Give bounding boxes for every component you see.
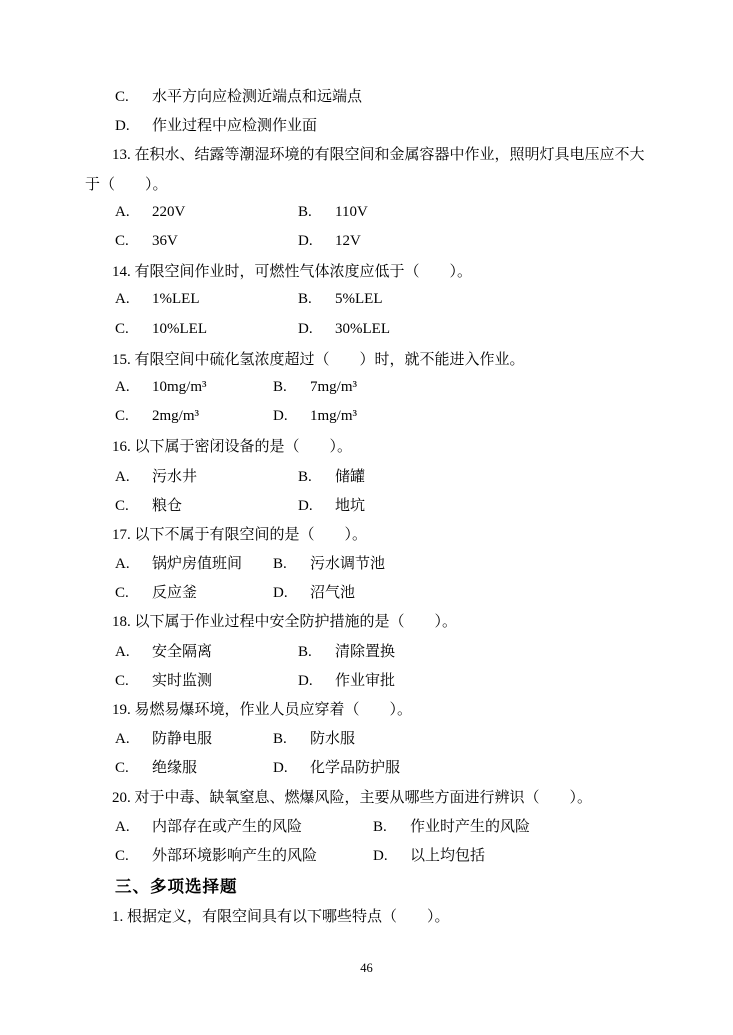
option-label: A.: [115, 819, 152, 836]
option-d: D.化学品防护服: [273, 756, 400, 777]
option-text: 沼气池: [310, 581, 355, 602]
option-label: B.: [273, 379, 310, 396]
option-label: C.: [115, 321, 152, 338]
option-d: D.1mg/m³: [273, 408, 357, 425]
option-text: 110V: [335, 204, 368, 221]
option-c: C.反应釜: [115, 581, 273, 602]
option-b: B.5%LEL: [298, 291, 382, 308]
option-label: D.: [298, 233, 335, 250]
option-c: C.实时监测: [115, 669, 298, 690]
option-label: A.: [115, 379, 152, 396]
question-13-stem-line1: 13. 在积水、结露等潮湿环境的有限空间和金属容器中作业，照明灯具电压应不大: [85, 139, 693, 168]
option-text: 36V: [152, 233, 178, 250]
option-text: 2mg/m³: [152, 408, 199, 425]
option-c: C.2mg/m³: [115, 408, 273, 425]
option-a: A.污水井: [115, 465, 298, 486]
option-c: C.绝缘服: [115, 756, 273, 777]
question-text: 17. 以下不属于有限空间的是（ ）。: [112, 523, 367, 544]
question-16-options-ab: A.污水井 B.储罐: [85, 460, 693, 489]
option-text: 化学品防护服: [310, 756, 400, 777]
option-d: D.30%LEL: [298, 321, 390, 338]
option-d: D.以上均包括: [373, 844, 485, 865]
option-text: 1mg/m³: [310, 408, 357, 425]
option-text: 1%LEL: [152, 291, 199, 308]
option-text: 污水井: [152, 465, 197, 486]
option-text: 10%LEL: [152, 321, 207, 338]
option-text: 防静电服: [152, 727, 212, 748]
option-label: D.: [373, 848, 410, 865]
option-d: D.12V: [298, 233, 361, 250]
option-text: 7mg/m³: [310, 379, 357, 396]
question-19-options-ab: A.防静电服 B.防水服: [85, 723, 693, 752]
page-number: 46: [0, 961, 733, 976]
option-label: A.: [115, 469, 152, 486]
option-a: A.1%LEL: [115, 291, 298, 308]
option-a: A.220V: [115, 204, 298, 221]
option-a: A.锅炉房值班间: [115, 552, 273, 573]
option-label: D.: [273, 760, 310, 777]
option-text: 反应釜: [152, 581, 197, 602]
question-text: 13. 在积水、结露等潮湿环境的有限空间和金属容器中作业，照明灯具电压应不大: [112, 143, 645, 164]
question-text: 1. 根据定义，有限空间具有以下哪些特点（ ）。: [112, 905, 450, 926]
question-20-options-cd: C.外部环境影响产生的风险 D.以上均包括: [85, 840, 693, 869]
question-16-options-cd: C.粮仓 D.地坑: [85, 490, 693, 519]
question-15-stem: 15. 有限空间中硫化氢浓度超过（ ）时，就不能进入作业。: [85, 344, 693, 373]
option-label: C.: [115, 89, 152, 106]
option-label: C.: [115, 408, 152, 425]
option-label: D.: [115, 118, 152, 135]
carryover-option-d: D.作业过程中应检测作业面: [85, 110, 693, 139]
option-text: 作业审批: [335, 669, 395, 690]
question-17-options-cd: C.反应釜 D.沼气池: [85, 577, 693, 606]
option-a: A.10mg/m³: [115, 379, 273, 396]
option-b: B.清除置换: [298, 640, 395, 661]
option-b: B.7mg/m³: [273, 379, 357, 396]
option-text: 防水服: [310, 727, 355, 748]
question-20-stem: 20. 对于中毒、缺氧窒息、燃爆风险，主要从哪些方面进行辨识（ ）。: [85, 782, 693, 811]
section-heading-multiple-choice: 三、多项选择题: [85, 869, 693, 901]
option-text: 污水调节池: [310, 552, 385, 573]
option-label: B.: [298, 644, 335, 661]
option-label: C.: [115, 673, 152, 690]
option-label: C.: [115, 233, 152, 250]
option-c: C.水平方向应检测近端点和远端点: [115, 85, 362, 106]
option-label: C.: [115, 760, 152, 777]
option-text: 锅炉房值班间: [152, 552, 242, 573]
option-label: C.: [115, 848, 152, 865]
option-text: 作业过程中应检测作业面: [152, 114, 317, 135]
option-label: A.: [115, 291, 152, 308]
option-c: C.36V: [115, 233, 298, 250]
option-a: A.安全隔离: [115, 640, 298, 661]
option-text: 12V: [335, 233, 361, 250]
question-text: 于（ ）。: [85, 173, 168, 194]
option-label: A.: [115, 731, 152, 748]
multi-question-1-stem: 1. 根据定义，有限空间具有以下哪些特点（ ）。: [85, 901, 693, 930]
option-text: 30%LEL: [335, 321, 390, 338]
question-16-stem: 16. 以下属于密闭设备的是（ ）。: [85, 431, 693, 460]
question-15-options-ab: A.10mg/m³ B.7mg/m³: [85, 373, 693, 402]
question-text: 15. 有限空间中硫化氢浓度超过（ ）时，就不能进入作业。: [112, 348, 525, 369]
question-13-options-ab: A.220V B.110V: [85, 198, 693, 227]
question-13-stem-line2: 于（ ）。: [85, 169, 693, 198]
question-19-options-cd: C.绝缘服 D.化学品防护服: [85, 752, 693, 781]
question-15-options-cd: C.2mg/m³ D.1mg/m³: [85, 402, 693, 431]
option-label: D.: [273, 408, 310, 425]
option-b: B.污水调节池: [273, 552, 385, 573]
question-text: 18. 以下属于作业过程中安全防护措施的是（ ）。: [112, 610, 457, 631]
option-b: B.储罐: [298, 465, 365, 486]
question-14-options-ab: A.1%LEL B.5%LEL: [85, 285, 693, 314]
option-text: 外部环境影响产生的风险: [152, 844, 317, 865]
option-label: C.: [115, 585, 152, 602]
option-label: D.: [298, 321, 335, 338]
question-18-options-ab: A.安全隔离 B.清除置换: [85, 636, 693, 665]
question-20-options-ab: A.内部存在或产生的风险 B.作业时产生的风险: [85, 811, 693, 840]
option-label: D.: [298, 673, 335, 690]
option-label: D.: [298, 498, 335, 515]
option-label: B.: [298, 469, 335, 486]
option-a: A.内部存在或产生的风险: [115, 815, 373, 836]
option-d: D.地坑: [298, 494, 365, 515]
option-d: D.作业审批: [298, 669, 395, 690]
option-label: B.: [273, 731, 310, 748]
question-18-options-cd: C.实时监测 D.作业审批: [85, 665, 693, 694]
question-text: 20. 对于中毒、缺氧窒息、燃爆风险，主要从哪些方面进行辨识（ ）。: [112, 786, 592, 807]
option-text: 内部存在或产生的风险: [152, 815, 302, 836]
option-a: A.防静电服: [115, 727, 273, 748]
question-text: 16. 以下属于密闭设备的是（ ）。: [112, 435, 352, 456]
option-text: 水平方向应检测近端点和远端点: [152, 85, 362, 106]
question-17-options-ab: A.锅炉房值班间 B.污水调节池: [85, 548, 693, 577]
option-label: B.: [273, 556, 310, 573]
question-13-options-cd: C.36V D.12V: [85, 227, 693, 256]
option-label: B.: [373, 819, 410, 836]
option-text: 实时监测: [152, 669, 212, 690]
question-14-stem: 14. 有限空间作业时，可燃性气体浓度应低于（ ）。: [85, 256, 693, 285]
option-d: D.作业过程中应检测作业面: [115, 114, 317, 135]
carryover-option-c: C.水平方向应检测近端点和远端点: [85, 81, 693, 110]
question-text: 19. 易燃易爆环境，作业人员应穿着（ ）。: [112, 698, 412, 719]
question-19-stem: 19. 易燃易爆环境，作业人员应穿着（ ）。: [85, 694, 693, 723]
option-text: 5%LEL: [335, 291, 382, 308]
question-text: 14. 有限空间作业时，可燃性气体浓度应低于（ ）。: [112, 260, 472, 281]
question-17-stem: 17. 以下不属于有限空间的是（ ）。: [85, 519, 693, 548]
option-b: B.110V: [298, 204, 368, 221]
section-heading-text: 三、多项选择题: [115, 873, 238, 897]
option-text: 220V: [152, 204, 185, 221]
option-label: C.: [115, 498, 152, 515]
option-text: 储罐: [335, 465, 365, 486]
question-18-stem: 18. 以下属于作业过程中安全防护措施的是（ ）。: [85, 606, 693, 635]
option-label: D.: [273, 585, 310, 602]
option-d: D.沼气池: [273, 581, 355, 602]
option-text: 绝缘服: [152, 756, 197, 777]
option-label: B.: [298, 291, 335, 308]
option-text: 地坑: [335, 494, 365, 515]
option-c: C.外部环境影响产生的风险: [115, 844, 373, 865]
document-body: C.水平方向应检测近端点和远端点 D.作业过程中应检测作业面 13. 在积水、结…: [85, 81, 693, 930]
option-text: 安全隔离: [152, 640, 212, 661]
option-b: B.防水服: [273, 727, 355, 748]
question-14-options-cd: C.10%LEL D.30%LEL: [85, 315, 693, 344]
option-c: C.粮仓: [115, 494, 298, 515]
option-text: 作业时产生的风险: [410, 815, 530, 836]
option-c: C.10%LEL: [115, 321, 298, 338]
option-label: B.: [298, 204, 335, 221]
document-page: C.水平方向应检测近端点和远端点 D.作业过程中应检测作业面 13. 在积水、结…: [0, 0, 733, 1035]
option-label: A.: [115, 644, 152, 661]
option-text: 10mg/m³: [152, 379, 207, 396]
option-text: 清除置换: [335, 640, 395, 661]
option-text: 粮仓: [152, 494, 182, 515]
option-label: A.: [115, 556, 152, 573]
option-text: 以上均包括: [410, 844, 485, 865]
option-label: A.: [115, 204, 152, 221]
option-b: B.作业时产生的风险: [373, 815, 530, 836]
